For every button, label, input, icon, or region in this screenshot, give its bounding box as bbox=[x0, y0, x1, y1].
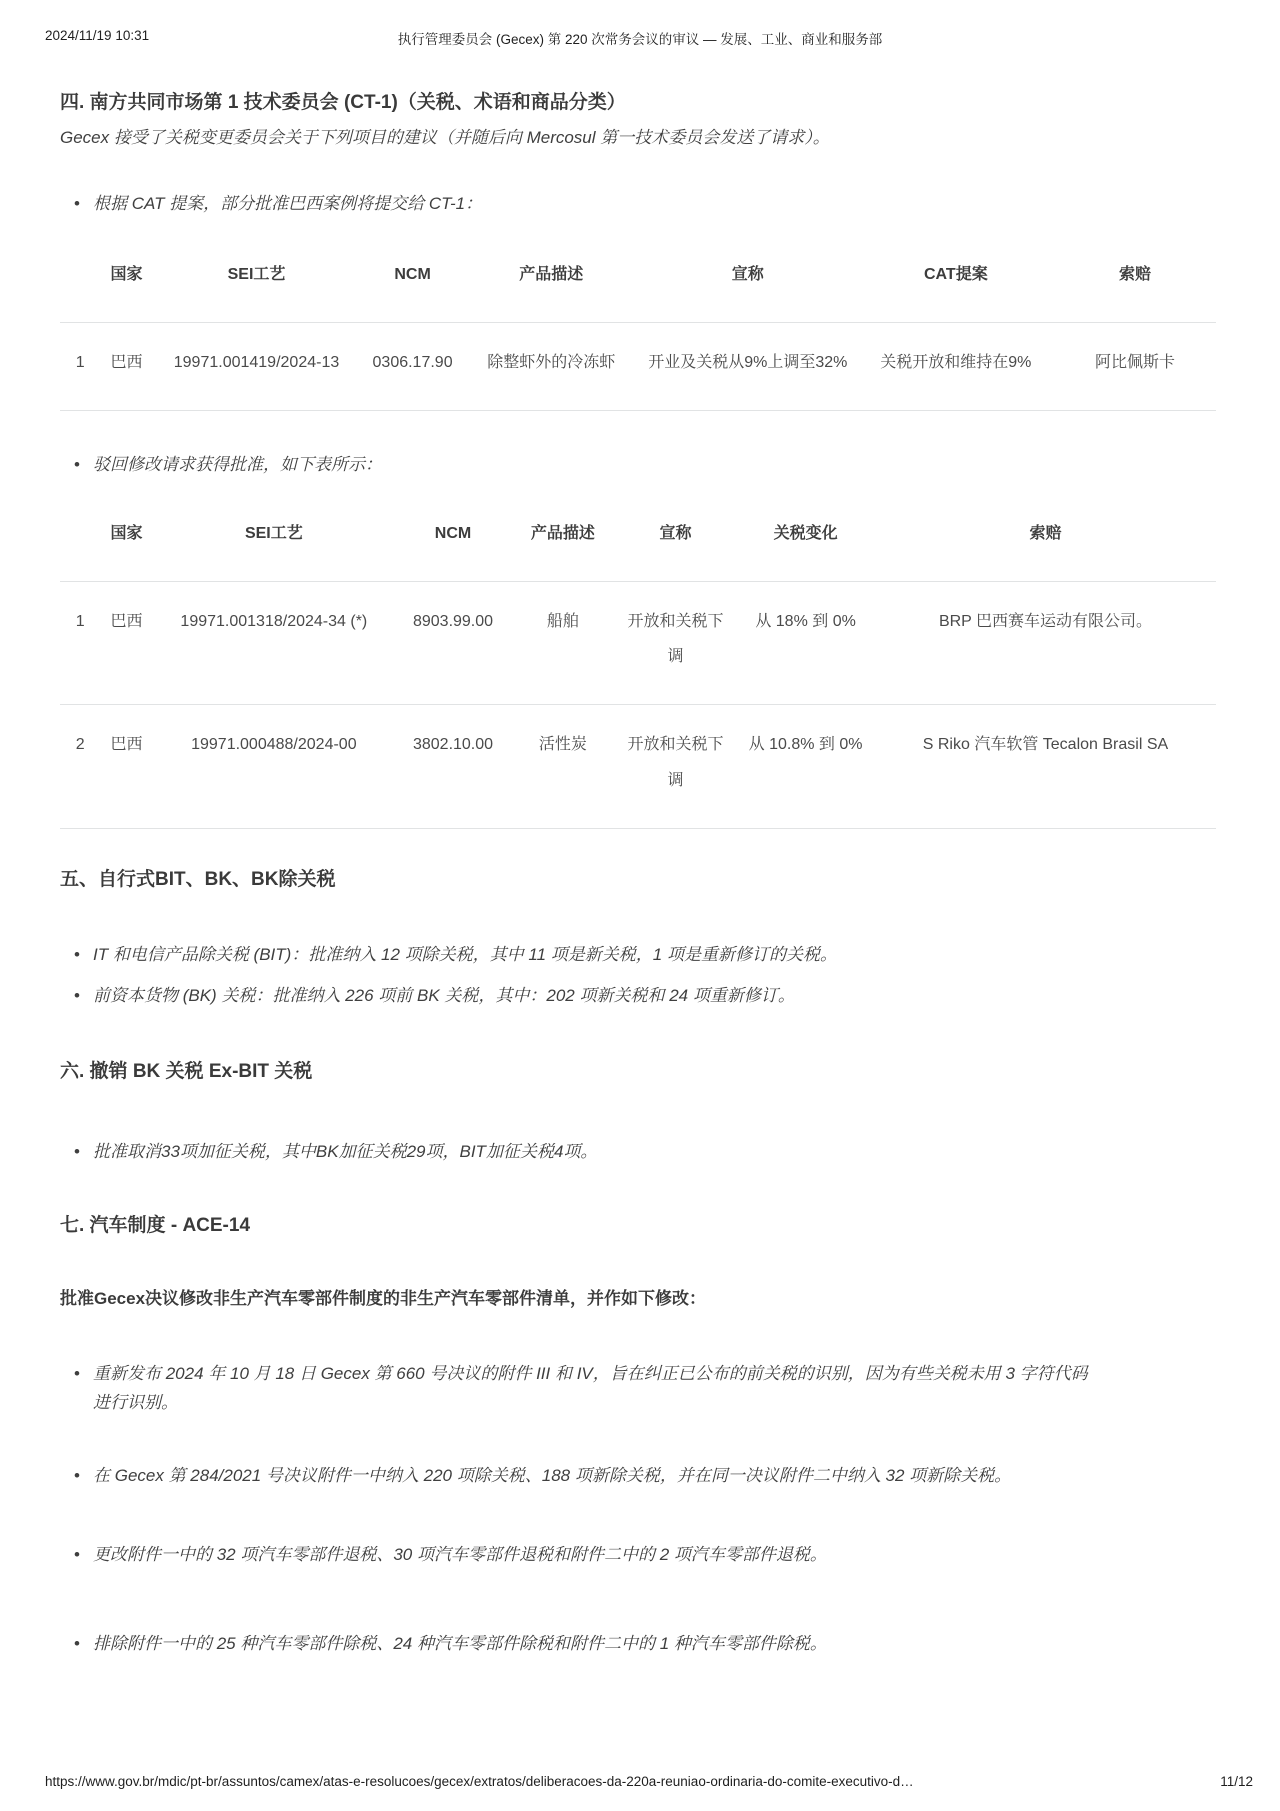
column-header-index bbox=[60, 247, 100, 323]
bullet-bk-tariffs: 前资本货物 (BK) 关税：批准纳入 226 项前 BK 关税，其中：202 项… bbox=[60, 982, 1216, 1011]
print-footer: https://www.gov.br/mdic/pt-br/assuntos/c… bbox=[45, 1774, 1253, 1789]
cell-index: 1 bbox=[60, 322, 100, 410]
table-row: 1 巴西 19971.001318/2024-34 (*) 8903.99.00… bbox=[60, 581, 1216, 704]
section-heading-6: 六. 撤销 BK 关税 Ex-BIT 关税 bbox=[60, 1059, 1216, 1086]
cell-sei: 19971.001318/2024-34 (*) bbox=[152, 581, 395, 704]
cell-claimant: BRP 巴西赛车运动有限公司。 bbox=[875, 581, 1216, 704]
column-header-sei: SEI工艺 bbox=[152, 506, 395, 582]
cell-claim: 开业及关税从9%上调至32% bbox=[638, 322, 858, 410]
cell-claim: 开放和关税下调 bbox=[615, 581, 736, 704]
section-heading-4: 四. 南方共同市场第 1 技术委员会 (CT-1)（关税、术语和商品分类） bbox=[60, 90, 1216, 117]
cell-claim: 开放和关税下调 bbox=[615, 705, 736, 828]
document-body: 四. 南方共同市场第 1 技术委员会 (CT-1)（关税、术语和商品分类） Ge… bbox=[60, 46, 1216, 1659]
cell-cat: 关税开放和维持在9% bbox=[858, 322, 1055, 410]
section-heading-5: 五、自行式BIT、BK、BK除关税 bbox=[60, 867, 1216, 894]
column-header-product: 产品描述 bbox=[511, 506, 615, 582]
bullet-include-exceptions: 在 Gecex 第 284/2021 号决议附件一中纳入 220 项除关税、18… bbox=[60, 1462, 1216, 1491]
column-header-claim: 宣称 bbox=[638, 247, 858, 323]
section-heading-7: 七. 汽车制度 - ACE-14 bbox=[60, 1213, 1216, 1240]
column-header-ncm: NCM bbox=[395, 506, 511, 582]
cell-product: 船舶 bbox=[511, 581, 615, 704]
column-header-index bbox=[60, 506, 100, 582]
cell-tariff-change: 从 18% 到 0% bbox=[736, 581, 875, 704]
footer-url: https://www.gov.br/mdic/pt-br/assuntos/c… bbox=[45, 1774, 914, 1789]
cell-claimant: 阿比佩斯卡 bbox=[1054, 322, 1216, 410]
bullet-republish-annexes: 重新发布 2024 年 10 月 18 日 Gecex 第 660 号决议的附件… bbox=[60, 1360, 1090, 1418]
section-4-intro: Gecex 接受了关税变更委员会关于下列项目的建议（并随后向 Mercosul … bbox=[60, 124, 1216, 152]
section-7-lead: 批准Gecex决议修改非生产汽车零部件制度的非生产汽车零部件清单，并作如下修改： bbox=[60, 1285, 1216, 1312]
cell-product: 活性炭 bbox=[511, 705, 615, 828]
cell-ncm: 8903.99.00 bbox=[395, 581, 511, 704]
bullet-rejected-requests: 驳回修改请求获得批准，如下表所示： bbox=[60, 451, 1216, 480]
footer-page-number: 11/12 bbox=[1200, 1774, 1253, 1789]
bullet-change-rebates: 更改附件一中的 32 项汽车零部件退税、30 项汽车零部件退税和附件二中的 2 … bbox=[60, 1541, 1216, 1570]
column-header-ncm: NCM bbox=[361, 247, 465, 323]
document-title: 执行管理委员会 (Gecex) 第 220 次常务会议的审议 — 发展、工业、商… bbox=[45, 28, 1235, 48]
cat-proposal-table: 国家 SEI工艺 NCM 产品描述 宣称 CAT提案 索赔 1 巴西 19971… bbox=[60, 247, 1216, 411]
print-page: 执行管理委员会 (Gecex) 第 220 次常务会议的审议 — 发展、工业、商… bbox=[0, 0, 1280, 1811]
cell-sei: 19971.000488/2024-00 bbox=[152, 705, 395, 828]
table-row: 2 巴西 19971.000488/2024-00 3802.10.00 活性炭… bbox=[60, 705, 1216, 828]
cell-country: 巴西 bbox=[100, 322, 152, 410]
cell-claimant: S Riko 汽车软管 Tecalon Brasil SA bbox=[875, 705, 1216, 828]
print-header: 执行管理委员会 (Gecex) 第 220 次常务会议的审议 — 发展、工业、商… bbox=[45, 28, 1235, 43]
column-header-sei: SEI工艺 bbox=[152, 247, 360, 323]
cell-ncm: 3802.10.00 bbox=[395, 705, 511, 828]
column-header-country: 国家 bbox=[100, 247, 152, 323]
table-header-row: 国家 SEI工艺 NCM 产品描述 宣称 关税变化 索赔 bbox=[60, 506, 1216, 582]
bullet-revoked-tariffs: 批准取消33项加征关税，其中BK加征关税29项，BIT加征关税4项。 bbox=[60, 1138, 1216, 1167]
cell-country: 巴西 bbox=[100, 705, 152, 828]
rejected-requests-table: 国家 SEI工艺 NCM 产品描述 宣称 关税变化 索赔 1 巴西 19971.… bbox=[60, 506, 1216, 829]
table-row: 1 巴西 19971.001419/2024-13 0306.17.90 除整虾… bbox=[60, 322, 1216, 410]
column-header-cat: CAT提案 bbox=[858, 247, 1055, 323]
bullet-bit-exceptions: IT 和电信产品除关税 (BIT)：批准纳入 12 项除关税，其中 11 项是新… bbox=[60, 941, 1216, 970]
column-header-product: 产品描述 bbox=[465, 247, 638, 323]
cell-index: 2 bbox=[60, 705, 100, 828]
cell-ncm: 0306.17.90 bbox=[361, 322, 465, 410]
column-header-claimant: 索赔 bbox=[1054, 247, 1216, 323]
bullet-cat-proposal: 根据 CAT 提案，部分批准巴西案例将提交给 CT-1： bbox=[60, 190, 1216, 219]
cell-tariff-change: 从 10.8% 到 0% bbox=[736, 705, 875, 828]
cell-country: 巴西 bbox=[100, 581, 152, 704]
bullet-exclude-exceptions: 排除附件一中的 25 种汽车零部件除税、24 种汽车零部件除税和附件二中的 1 … bbox=[60, 1630, 1216, 1659]
cell-index: 1 bbox=[60, 581, 100, 704]
column-header-claimant: 索赔 bbox=[875, 506, 1216, 582]
cell-sei: 19971.001419/2024-13 bbox=[152, 322, 360, 410]
cell-product: 除整虾外的冷冻虾 bbox=[465, 322, 638, 410]
column-header-claim: 宣称 bbox=[615, 506, 736, 582]
column-header-country: 国家 bbox=[100, 506, 152, 582]
column-header-tariff-change: 关税变化 bbox=[736, 506, 875, 582]
table-header-row: 国家 SEI工艺 NCM 产品描述 宣称 CAT提案 索赔 bbox=[60, 247, 1216, 323]
